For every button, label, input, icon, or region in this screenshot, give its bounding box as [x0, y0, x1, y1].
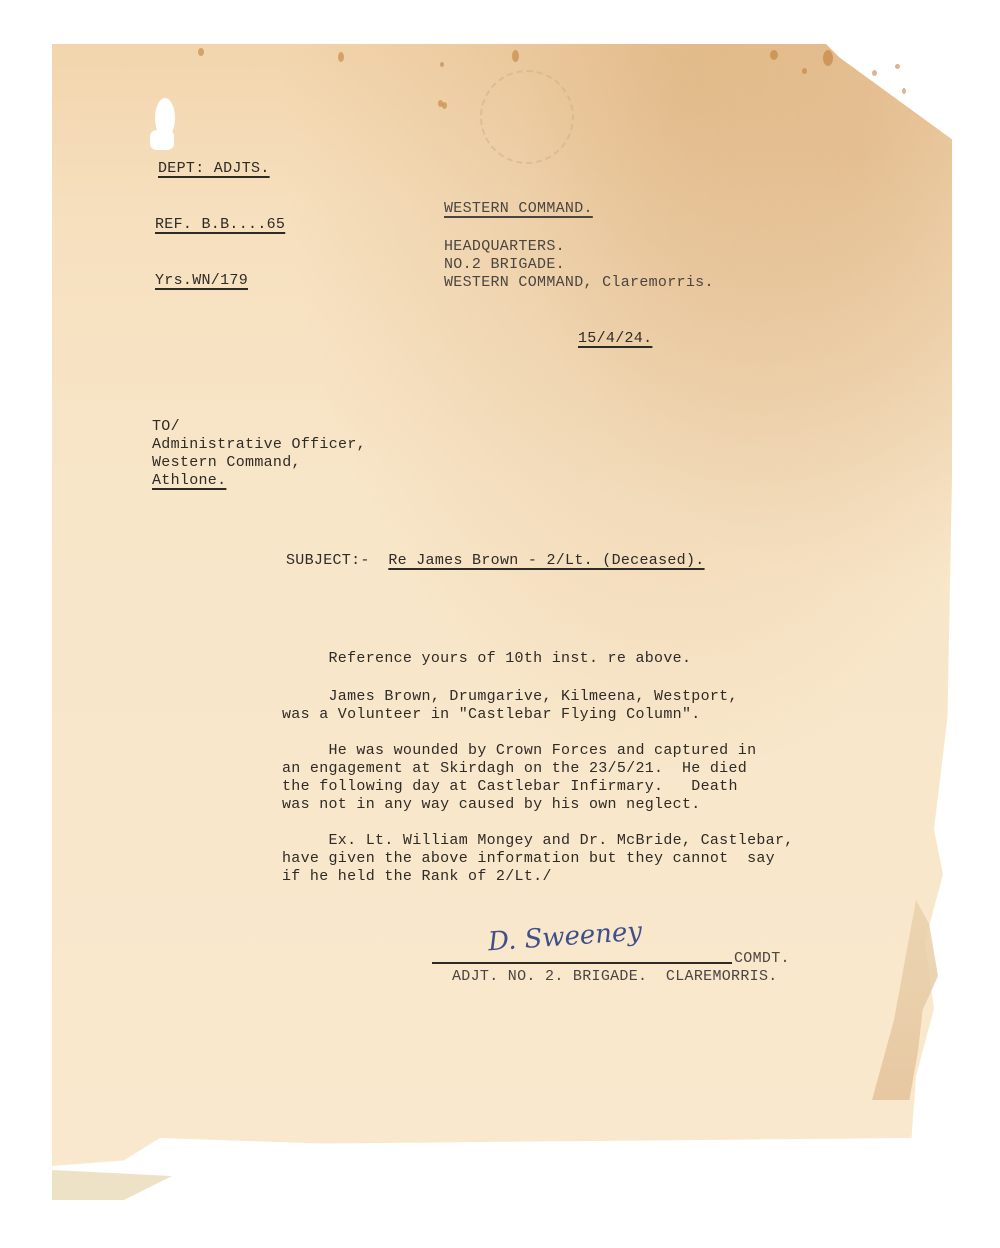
- body-paragraph: Ex. Lt. William Mongey and Dr. McBride, …: [282, 832, 794, 886]
- dept-line: DEPT: ADJTS.: [158, 160, 270, 177]
- yours-reference-line: Yrs.WN/179: [155, 272, 248, 289]
- subject-label: SUBJECT:-: [286, 552, 370, 569]
- recipient-line: Administrative Officer,: [152, 436, 366, 453]
- recipient-line: Athlone.: [152, 472, 226, 489]
- address-line: NO.2 BRIGADE.: [444, 256, 565, 273]
- signature-title: ADJT. NO. 2. BRIGADE. CLAREMORRIS.: [452, 968, 778, 985]
- rust-stain: [512, 50, 519, 62]
- command-title: WESTERN COMMAND.: [444, 200, 593, 217]
- punch-hole-bottom: [150, 130, 174, 150]
- recipient-line: Western Command,: [152, 454, 301, 471]
- rust-stain: [902, 88, 906, 94]
- subject-line: SUBJECT:- Re James Brown - 2/Lt. (Deceas…: [286, 552, 705, 569]
- rust-stain: [895, 64, 900, 69]
- letter-date: 15/4/24.: [578, 330, 652, 347]
- body-paragraph: Reference yours of 10th inst. re above.: [282, 650, 691, 668]
- recipient-to: TO/: [152, 418, 180, 435]
- rust-stain: [440, 62, 444, 67]
- body-paragraph: James Brown, Drumgarive, Kilmeena, Westp…: [282, 688, 738, 724]
- rust-stain: [770, 50, 778, 60]
- rust-stain: [823, 50, 833, 66]
- rust-stain: [802, 68, 807, 74]
- rust-stain: [442, 102, 447, 109]
- address-line: HEADQUARTERS.: [444, 238, 565, 255]
- address-line: WESTERN COMMAND, Claremorris.: [444, 274, 714, 291]
- subject-text: Re James Brown - 2/Lt. (Deceased).: [388, 552, 704, 569]
- rust-stain: [872, 70, 877, 76]
- rust-stain: [338, 52, 344, 62]
- body-paragraph: He was wounded by Crown Forces and captu…: [282, 742, 756, 814]
- rust-stain: [198, 48, 204, 56]
- signature-line: [432, 962, 732, 964]
- folded-corner: [52, 1170, 172, 1200]
- signature-rank: COMDT.: [734, 950, 790, 967]
- reference-line: REF. B.B....65: [155, 216, 285, 233]
- embossed-seal: [480, 70, 574, 164]
